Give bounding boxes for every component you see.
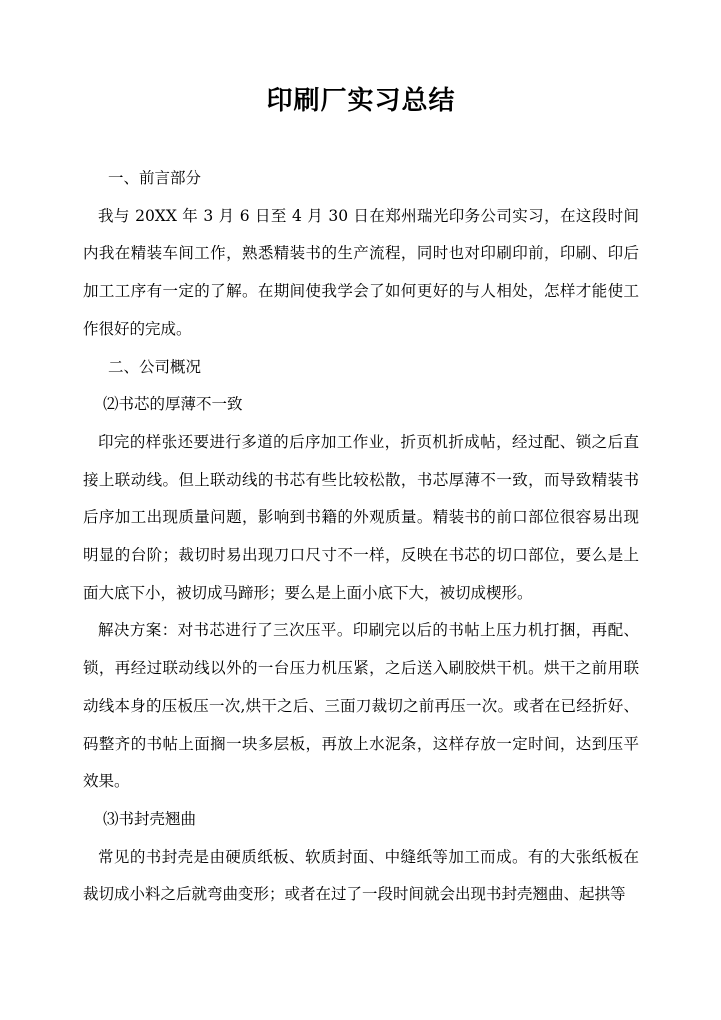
subheading-book-block-thickness: ⑵书芯的厚薄不一致 xyxy=(83,386,639,424)
subheading-cover-warping: ⑶书封壳翘曲 xyxy=(83,801,639,839)
document-title: 印刷厂实习总结 xyxy=(83,83,639,119)
document-page: 印刷厂实习总结 一、前言部分 我与 20XX 年 3 月 6 日至 4 月 30… xyxy=(0,0,721,1020)
paragraph-internship-intro: 我与 20XX 年 3 月 6 日至 4 月 30 日在郑州瑞光印务公司实习，在… xyxy=(83,198,639,349)
paragraph-post-press-problem: 印完的样张还要进行多道的后序加工作业，折页机折成帖，经过配、锁之后直接上联动线。… xyxy=(83,424,639,613)
section-heading-foreword: 一、前言部分 xyxy=(83,160,639,198)
document-content: 印刷厂实习总结 一、前言部分 我与 20XX 年 3 月 6 日至 4 月 30… xyxy=(0,0,721,914)
section-heading-company-overview: 二、公司概况 xyxy=(83,349,639,387)
paragraph-cover-description: 常见的书封壳是由硬质纸板、软质封面、中缝纸等加工而成。有的大张纸板在裁切成小料之… xyxy=(83,839,639,914)
paragraph-solution: 解决方案：对书芯进行了三次压平。印刷完以后的书帖上压力机打捆，再配、锁，再经过联… xyxy=(83,612,639,801)
